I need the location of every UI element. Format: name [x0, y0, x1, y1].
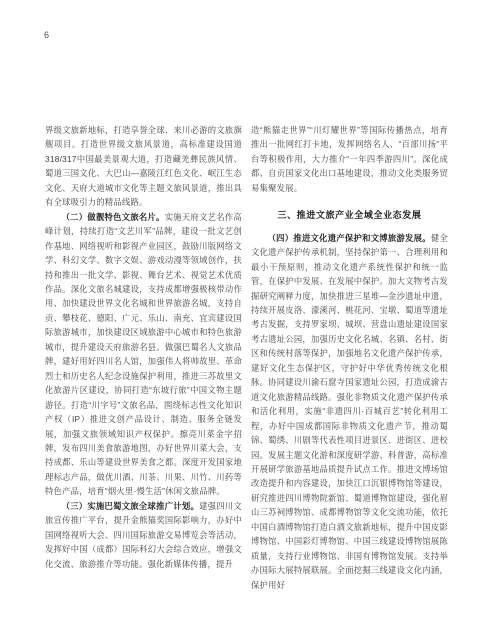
paragraph-text: 界级文旅新地标，打造享誉全球、来川必游的文旅旗舰项目。打造世界级文旅风景道，高标… [45, 125, 242, 207]
paragraph-lead: （三）实施巴蜀文旅全球推广计划。 [62, 501, 199, 511]
paragraph-lead: （二）做靓特色文旅名片。 [62, 212, 165, 222]
section-heading: 三、推进文旅产业全域全业态发展 [251, 208, 448, 222]
paragraph-item-2: （二）做靓特色文旅名片。实施天府文艺名作高峰计划，持续打造“文艺川军”品牌，建设… [45, 210, 242, 499]
right-text-column: 造“熊猫走世界”“川灯耀世界”等国际传播热点，培育推出一批网红打卡地，发挥网络名… [251, 123, 448, 591]
paragraph-text: 实施天府文艺名作高峰计划，持续打造“文艺川军”品牌，建设一批文艺创作基地、网络视… [45, 212, 242, 497]
paragraph-text: 造“熊猫走世界”“川灯耀世界”等国际传播热点，培育推出一批网红打卡地，发挥网络名… [251, 125, 448, 193]
paragraph-continuation: 界级文旅新地标，打造享誉全球、来川必游的文旅旗舰项目。打造世界级文旅风景道，高标… [45, 123, 242, 210]
paragraph-continuation: 造“熊猫走世界”“川灯耀世界”等国际传播热点，培育推出一批网红打卡地，发挥网络名… [251, 123, 448, 195]
paragraph-item-4: （四）推进文化遗产保护和文博旅游发展。健全文化遗产保护传承机制，坚持保护第一、合… [251, 231, 448, 591]
left-text-column: 界级文旅新地标，打造享誉全球、来川必游的文旅旗舰项目。打造世界级文旅风景道，高标… [45, 123, 242, 591]
document-page: 6 界级文旅新地标，打造享誉全球、来川必游的文旅旗舰项目。打造世界级文旅风景道，… [0, 0, 485, 640]
page-number: 6 [44, 30, 49, 40]
paragraph-item-3: （三）实施巴蜀文旅全球推广计划。建强四川文旅宣传推广平台，提升金熊猫奖国际影响力… [45, 499, 242, 571]
paragraph-text: 健全文化遗产保护传承机制，坚持保护第一、合理利用和最小干预原则，推动文化遗产系统… [251, 233, 448, 590]
paragraph-lead: （四）推进文化遗产保护和文博旅游发展。 [268, 233, 431, 243]
